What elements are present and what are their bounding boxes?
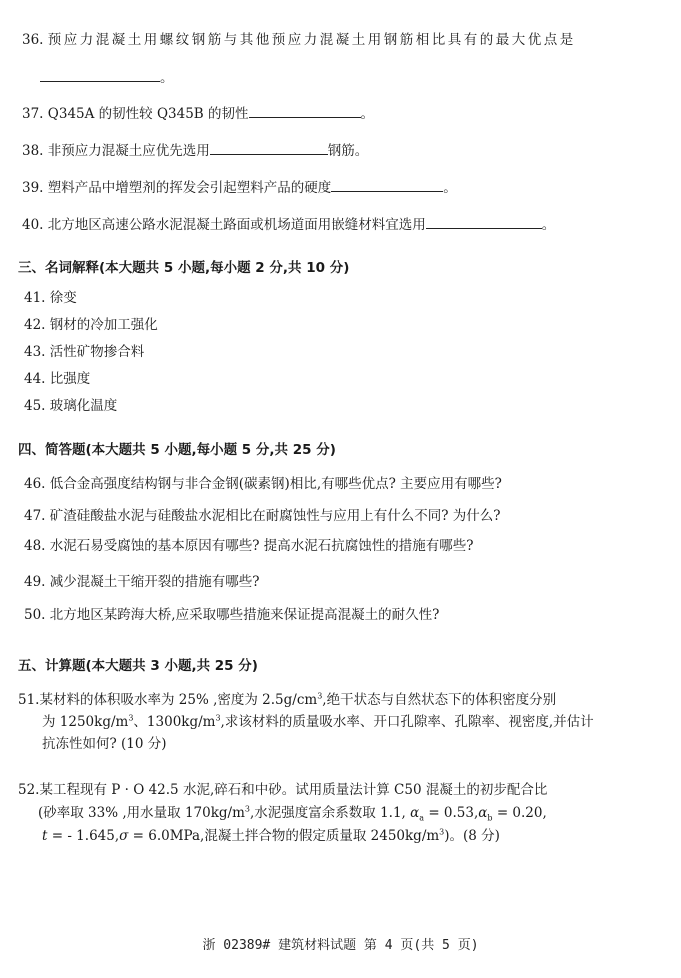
section-4-heading: 四、简答题(本大题共 5 小题,每小题 5 分,共 25 分) (18, 441, 336, 459)
question-number: 45. (24, 398, 45, 414)
answer-blank[interactable] (426, 215, 542, 229)
question-52-line-3: t = - 1.645,σ = 6.0MPa,混凝土拌合物的假定质量取 2450… (42, 827, 500, 845)
question-36: 36. 预应力混凝土用螺纹钢筋与其他预应力混凝土用钢筋相比具有的最大优点是 (22, 31, 576, 49)
question-number: 38. (22, 143, 43, 159)
question-37: 37. Q345A 的韧性较 Q345B 的韧性。 (22, 104, 374, 123)
question-text: Q345A 的韧性较 Q345B 的韧性 (48, 106, 249, 122)
question-text: 水泥石易受腐蚀的基本原因有哪些? 提高水泥石抗腐蚀性的措施有哪些? (50, 538, 474, 554)
question-text: 北方地区高速公路水泥混凝土路面或机场道面用嵌缝材料宜选用 (48, 217, 426, 233)
question-number: 50. (24, 607, 45, 623)
question-51-line-2: 为 1250kg/m3、1300kg/m3,求该材料的质量吸水率、开口孔隙率、孔… (42, 713, 594, 731)
question-text: 减少混凝土干缩开裂的措施有哪些? (50, 574, 260, 590)
answer-blank[interactable] (210, 141, 328, 155)
page-footer: 浙 02389# 建筑材料试题 第 4 页(共 5 页) (0, 934, 681, 953)
question-number: 47. (24, 508, 45, 524)
question-52-line-2: (砂率取 33% ,用水量取 170kg/m3,水泥强度富余系数取 1.1, α… (38, 804, 547, 822)
section-5-heading: 五、计算题(本大题共 3 小题,共 25 分) (18, 657, 258, 675)
question-text: 低合金高强度结构钢与非合金钢(碳素钢)相比,有哪些优点? 主要应用有哪些? (50, 476, 502, 492)
question-50: 50. 北方地区某跨海大桥,应采取哪些措施来保证提高混凝土的耐久性? (24, 606, 439, 624)
question-number: 40. (22, 217, 43, 233)
question-number: 49. (24, 574, 45, 590)
question-number: 48. (24, 538, 45, 554)
question-text: 预应力混凝土用螺纹钢筋与其他预应力混凝土用钢筋相比具有的最大优点是 (48, 32, 576, 48)
question-38: 38. 非预应力混凝土应优先选用钢筋。 (22, 141, 368, 160)
question-text: 矿渣硅酸盐水泥与硅酸盐水泥相比在耐腐蚀性与应用上有什么不同? 为什么? (50, 508, 501, 524)
question-number: 41. (24, 290, 45, 306)
question-46: 46. 低合金高强度结构钢与非合金钢(碳素钢)相比,有哪些优点? 主要应用有哪些… (24, 475, 502, 493)
section-3-heading: 三、名词解释(本大题共 5 小题,每小题 2 分,共 10 分) (18, 259, 349, 277)
question-40: 40. 北方地区高速公路水泥混凝土路面或机场道面用嵌缝材料宜选用。 (22, 215, 555, 234)
question-number: 43. (24, 344, 45, 360)
question-text: 玻璃化温度 (50, 398, 118, 414)
answer-blank[interactable] (40, 68, 160, 82)
question-text: 比强度 (50, 371, 91, 387)
question-number: 44. (24, 371, 45, 387)
question-43: 43. 活性矿物掺合料 (24, 343, 144, 361)
question-text: 钢材的冷加工强化 (50, 317, 158, 333)
question-number: 52. (18, 782, 39, 798)
question-number: 37. (22, 106, 43, 122)
question-text: 非预应力混凝土应优先选用 (48, 143, 210, 159)
question-text: 徐变 (50, 290, 77, 306)
question-47: 47. 矿渣硅酸盐水泥与硅酸盐水泥相比在耐腐蚀性与应用上有什么不同? 为什么? (24, 507, 501, 525)
question-number: 36. (22, 32, 43, 48)
question-number: 42. (24, 317, 45, 333)
question-text: 活性矿物掺合料 (50, 344, 145, 360)
answer-blank[interactable] (331, 178, 443, 192)
question-52-line-1: 52.某工程现有 P · O 42.5 水泥,碎石和中砂。试用质量法计算 C50… (18, 781, 547, 799)
question-48: 48. 水泥石易受腐蚀的基本原因有哪些? 提高水泥石抗腐蚀性的措施有哪些? (24, 537, 474, 555)
question-text: 塑料产品中增塑剂的挥发会引起塑料产品的硬度 (48, 180, 332, 196)
question-45: 45. 玻璃化温度 (24, 397, 117, 415)
question-39: 39. 塑料产品中增塑剂的挥发会引起塑料产品的硬度。 (22, 178, 457, 197)
question-number: 39. (22, 180, 43, 196)
question-51-line-3: 抗冻性如何? (10 分) (42, 735, 167, 753)
question-42: 42. 钢材的冷加工强化 (24, 316, 158, 334)
answer-blank[interactable] (249, 104, 361, 118)
question-51-line-1: 51.某材料的体积吸水率为 25% ,密度为 2.5g/cm3,绝干状态与自然状… (18, 691, 556, 709)
question-text: 北方地区某跨海大桥,应采取哪些措施来保证提高混凝土的耐久性? (50, 607, 440, 623)
question-41: 41. 徐变 (24, 289, 77, 307)
question-44: 44. 比强度 (24, 370, 90, 388)
question-number: 51. (18, 692, 39, 708)
question-number: 46. (24, 476, 45, 492)
question-36-answer: 。 (40, 68, 174, 87)
question-49: 49. 减少混凝土干缩开裂的措施有哪些? (24, 573, 260, 591)
